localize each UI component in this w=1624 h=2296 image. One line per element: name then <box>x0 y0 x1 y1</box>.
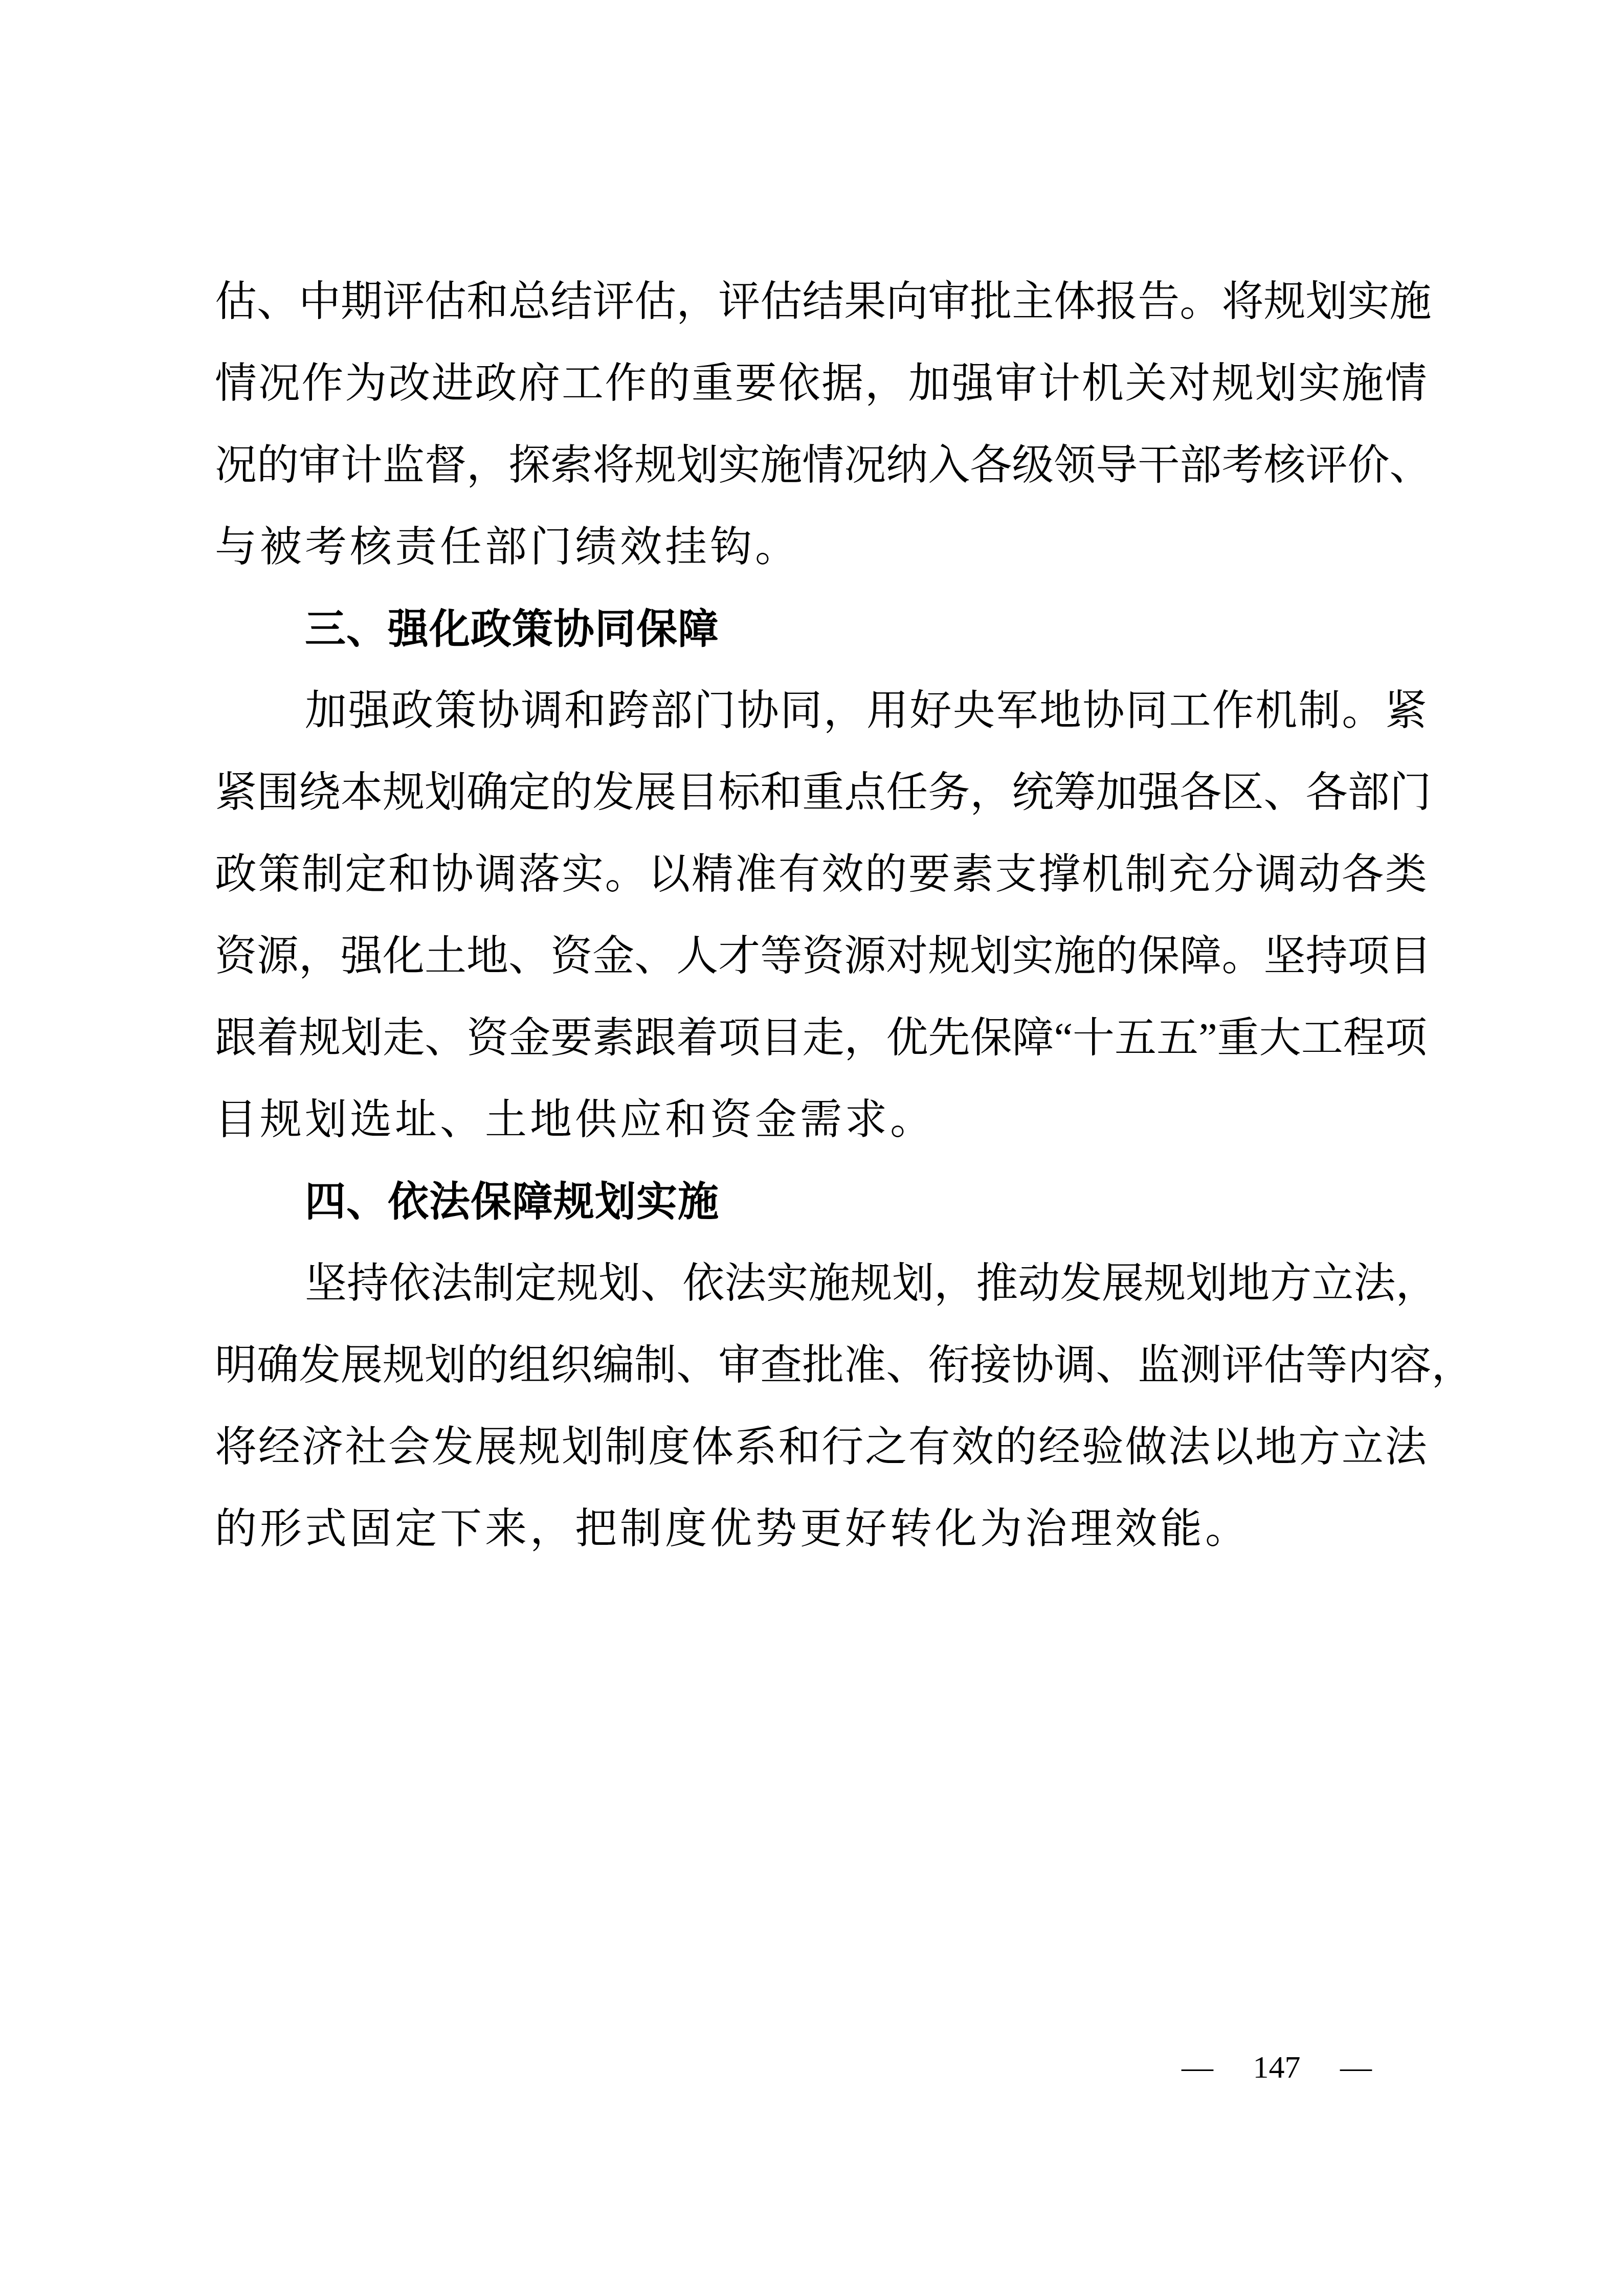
footer-left-dash: — <box>1182 2050 1213 2085</box>
paragraph-line: 政策制定和协调落实。以精准有效的要素支撑机制充分调动各类 <box>215 834 1427 915</box>
section-heading-4: 四、依法保障规划实施 <box>215 1161 1427 1243</box>
paragraph-line: 情况作为改进政府工作的重要依据，加强审计机关对规划实施情 <box>215 343 1427 424</box>
paragraph-line: 跟着规划走、资金要素跟着项目走，优先保障“十五五”重大工程项 <box>215 997 1427 1079</box>
paragraph-line: 目规划选址、土地供应和资金需求。 <box>215 1079 1427 1161</box>
paragraph-line: 将经济社会发展规划制度体系和行之有效的经验做法以地方立法 <box>215 1406 1427 1488</box>
page-number: 147 <box>1253 2050 1301 2085</box>
paragraph-line: 与被考核责任部门绩效挂钩。 <box>215 506 1427 588</box>
section-heading-3: 三、强化政策协同保障 <box>215 588 1427 670</box>
paragraph-line: 资源，强化土地、资金、人才等资源对规划实施的保障。坚持项目 <box>215 915 1427 997</box>
footer-right-dash: — <box>1340 2050 1372 2085</box>
page-footer: — 147 — <box>1182 2050 1372 2085</box>
paragraph-line: 紧围绕本规划确定的发展目标和重点任务，统筹加强各区、各部门 <box>215 752 1427 834</box>
paragraph-line: 的形式固定下来，把制度优势更好转化为治理效能。 <box>215 1488 1427 1570</box>
document-page: 估、中期评估和总结评估，评估结果向审批主体报告。将规划实施 情况作为改进政府工作… <box>0 0 1624 2296</box>
paragraph-line: 明确发展规划的组织编制、审查批准、衔接协调、监测评估等内容， <box>215 1324 1427 1406</box>
paragraph-line: 况的审计监督，探索将规划实施情况纳入各级领导干部考核评价、 <box>215 424 1427 506</box>
paragraph-line: 估、中期评估和总结评估，评估结果向审批主体报告。将规划实施 <box>215 261 1427 343</box>
paragraph-line: 加强政策协调和跨部门协同，用好央军地协同工作机制。紧 <box>215 670 1427 752</box>
document-text-block: 估、中期评估和总结评估，评估结果向审批主体报告。将规划实施 情况作为改进政府工作… <box>215 261 1427 1570</box>
paragraph-line: 坚持依法制定规划、依法实施规划，推动发展规划地方立法， <box>215 1243 1427 1324</box>
